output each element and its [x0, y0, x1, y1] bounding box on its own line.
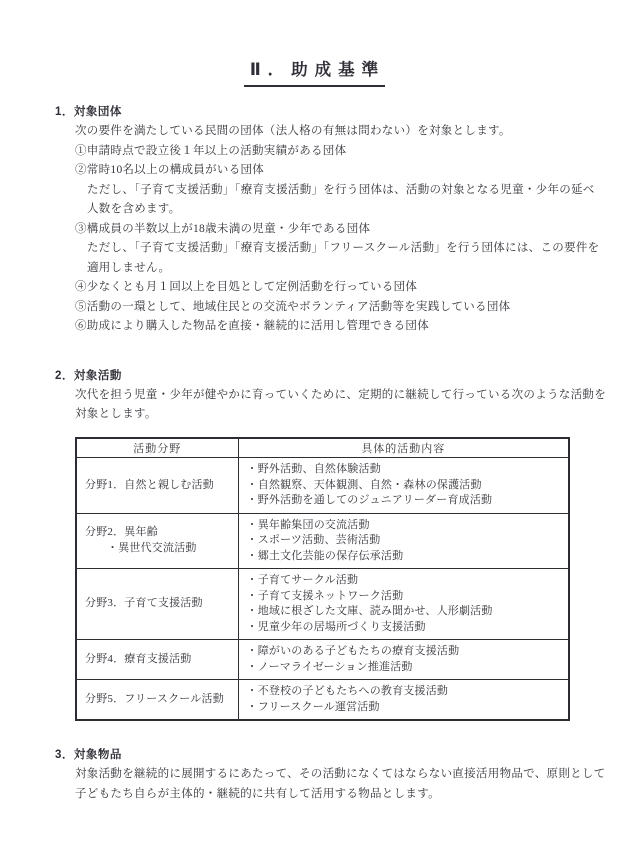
- detail-item: ・野外活動を通してのジュニアリーダー育成活動: [247, 493, 567, 509]
- table-row: 分野4．療育支援活動 ・障がいのある子どもたちの療育支援活動 ・ノーマライゼーシ…: [76, 640, 569, 680]
- detail-item: ・フリースクール運営活動: [247, 700, 567, 716]
- body-line: ②常時10名以上の構成員がいる団体: [75, 161, 599, 181]
- section-target-activities: 2．対象活動 次代を担う児童・少年が健やかに育っていくために、定期的に継続して行…: [55, 367, 599, 722]
- body-line: 対象とします。: [75, 405, 599, 425]
- section2-body: 次代を担う児童・少年が健やかに育っていくために、定期的に継続して行っている次のよ…: [75, 386, 599, 425]
- body-line: ⑤活動の一環として、地域住民との交流やボランティア活動等を実践している団体: [75, 298, 599, 318]
- table-row: 分野5．フリースクール活動 ・不登校の子どもたちへの教育支援活動 ・フリースクー…: [76, 680, 569, 721]
- category-cell: 分野1．自然と親しむ活動: [76, 458, 238, 514]
- activity-table: 活動分野 具体的活動内容 分野1．自然と親しむ活動 ・野外活動、自然体験活動 ・…: [75, 437, 570, 722]
- category-label-line2: ・異世代交流活動: [85, 541, 236, 557]
- title-area: Ⅱ．助成基準: [0, 0, 629, 87]
- category-label: 分野1．自然と親しむ活動: [85, 478, 236, 494]
- detail-item: ・スポーツ活動、芸術活動: [247, 533, 567, 549]
- body-line: ③構成員の半数以上が18歳未満の児童・少年である団体: [75, 220, 599, 240]
- detail-item: ・児童少年の居場所づくり支援活動: [247, 620, 567, 636]
- section1-body: 次の要件を満たしている民間の団体（法人格の有無は問わない）を対象とします。 ①申…: [75, 122, 599, 337]
- detail-item: ・異年齢集団の交流活動: [247, 518, 567, 534]
- section3-body: 対象活動を継続的に展開するにあたって、その活動になくてはならない直接活用物品で、…: [75, 765, 599, 804]
- body-line: 人数を含めます。: [75, 200, 599, 220]
- body-line: ①申請時点で設立後１年以上の活動実績がある団体: [75, 142, 599, 162]
- detail-item: ・子育てサークル活動: [247, 573, 567, 589]
- body-line: 対象活動を継続的に展開するにあたって、その活動になくてはならない直接活用物品で、…: [75, 765, 599, 785]
- section3-heading: 3．対象物品: [55, 746, 599, 762]
- table-row: 分野1．自然と親しむ活動 ・野外活動、自然体験活動 ・自然観察、天体観測、自然・…: [76, 458, 569, 514]
- section-target-goods: 3．対象物品 対象活動を継続的に展開するにあたって、その活動になくてはならない直…: [55, 746, 599, 804]
- category-label: 分野4．療育支援活動: [85, 652, 236, 668]
- table-header-row: 活動分野 具体的活動内容: [76, 438, 569, 458]
- detail-item: ・ノーマライゼーション推進活動: [247, 660, 567, 676]
- detail-item: ・自然観察、天体観測、自然・森林の保護活動: [247, 478, 567, 494]
- detail-item: ・地域に根ざした文庫、読み聞かせ、人形劇活動: [247, 604, 567, 620]
- detail-item: ・障がいのある子どもたちの療育支援活動: [247, 644, 567, 660]
- details-cell: ・障がいのある子どもたちの療育支援活動 ・ノーマライゼーション推進活動: [238, 640, 569, 680]
- table-row: 分野3．子育て支援活動 ・子育てサークル活動 ・子育て支援ネットワーク活動 ・地…: [76, 569, 569, 640]
- details-cell: ・異年齢集団の交流活動 ・スポーツ活動、芸術活動 ・郷土文化芸能の保存伝承活動: [238, 513, 569, 569]
- body-line: ⑥助成により購入した物品を直接・継続的に活用し管理できる団体: [75, 317, 599, 337]
- detail-item: ・不登校の子どもたちへの教育支援活動: [247, 684, 567, 700]
- detail-item: ・野外活動、自然体験活動: [247, 462, 567, 478]
- section2-heading: 2．対象活動: [55, 367, 599, 383]
- category-cell: 分野2．異年齢 ・異世代交流活動: [76, 513, 238, 569]
- body-line: 子どもたち自らが主体的・継続的に共有して活用する物品とします。: [75, 785, 599, 805]
- category-cell: 分野4．療育支援活動: [76, 640, 238, 680]
- details-cell: ・野外活動、自然体験活動 ・自然観察、天体観測、自然・森林の保護活動 ・野外活動…: [238, 458, 569, 514]
- page-title: Ⅱ．助成基準: [244, 56, 385, 87]
- category-label: 分野2．異年齢: [85, 525, 236, 541]
- details-cell: ・不登校の子どもたちへの教育支援活動 ・フリースクール運営活動: [238, 680, 569, 721]
- section-target-organizations: 1．対象団体 次の要件を満たしている民間の団体（法人格の有無は問わない）を対象と…: [55, 103, 599, 337]
- body-line: 適用しません。: [75, 259, 599, 279]
- category-cell: 分野3．子育て支援活動: [76, 569, 238, 640]
- body-line: ただし、「子育て支援活動」「療育支援活動」「フリースクール活動」を行う団体には、…: [75, 239, 599, 259]
- table-header-details: 具体的活動内容: [238, 438, 569, 458]
- body-line: ただし、「子育て支援活動」「療育支援活動」を行う団体は、活動の対象となる児童・少…: [75, 181, 599, 201]
- body-line: 次代を担う児童・少年が健やかに育っていくために、定期的に継続して行っている次のよ…: [75, 386, 599, 406]
- body-line: 次の要件を満たしている民間の団体（法人格の有無は問わない）を対象とします。: [75, 122, 599, 142]
- section1-heading: 1．対象団体: [55, 103, 599, 119]
- detail-item: ・郷土文化芸能の保存伝承活動: [247, 549, 567, 565]
- detail-item: ・子育て支援ネットワーク活動: [247, 589, 567, 605]
- category-label: 分野5．フリースクール活動: [85, 692, 236, 708]
- table-header-category: 活動分野: [76, 438, 238, 458]
- body-line: ④少なくとも月１回以上を目処として定例活動を行っている団体: [75, 278, 599, 298]
- activity-table-head: 活動分野 具体的活動内容: [76, 438, 569, 458]
- category-label: 分野3．子育て支援活動: [85, 596, 236, 612]
- category-cell: 分野5．フリースクール活動: [76, 680, 238, 721]
- activity-table-body: 分野1．自然と親しむ活動 ・野外活動、自然体験活動 ・自然観察、天体観測、自然・…: [76, 458, 569, 721]
- document-page: Ⅱ．助成基準 1．対象団体 次の要件を満たしている民間の団体（法人格の有無は問わ…: [0, 0, 629, 852]
- table-row: 分野2．異年齢 ・異世代交流活動 ・異年齢集団の交流活動 ・スポーツ活動、芸術活…: [76, 513, 569, 569]
- details-cell: ・子育てサークル活動 ・子育て支援ネットワーク活動 ・地域に根ざした文庫、読み聞…: [238, 569, 569, 640]
